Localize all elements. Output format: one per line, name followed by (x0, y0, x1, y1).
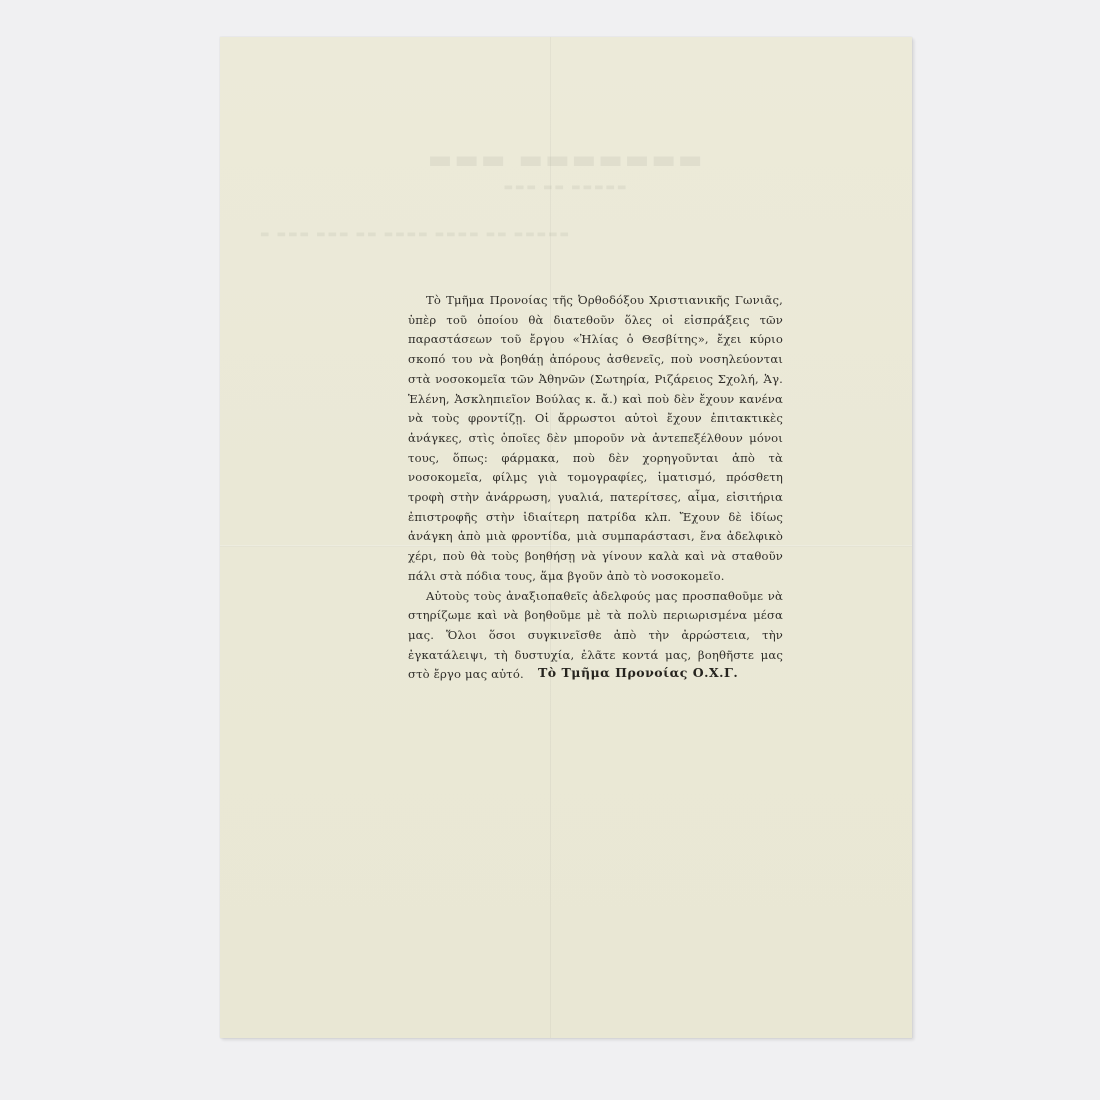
paper-sheet: ▬▬▬ ▬▬▬▬▬▬▬ ▬▬▬ ▬▬ ▬▬▬▬▬ ▬ ▬▬▬ ▬▬▬ ▬▬ ▬▬… (220, 37, 912, 1038)
bleed-through-text: ▬ ▬▬▬ ▬▬▬ ▬▬ ▬▬▬▬ ▬▬▬▬ ▬▬ ▬▬▬▬▬ (260, 229, 872, 240)
bleed-through-heading: ▬▬▬ ▬▬▬▬▬▬▬ (220, 145, 912, 175)
appeal-text: Τὸ Τμῆμα Προνοίας τῆς Ὀρθοδόξου Χριστιαν… (408, 291, 783, 685)
paragraph-1: Τὸ Τμῆμα Προνοίας τῆς Ὀρθοδόξου Χριστιαν… (408, 291, 783, 587)
bleed-through-subheading: ▬▬▬ ▬▬ ▬▬▬▬▬ (220, 182, 912, 193)
signature: Τὸ Τμῆμα Προνοίας Ο.Χ.Γ. (538, 665, 738, 680)
